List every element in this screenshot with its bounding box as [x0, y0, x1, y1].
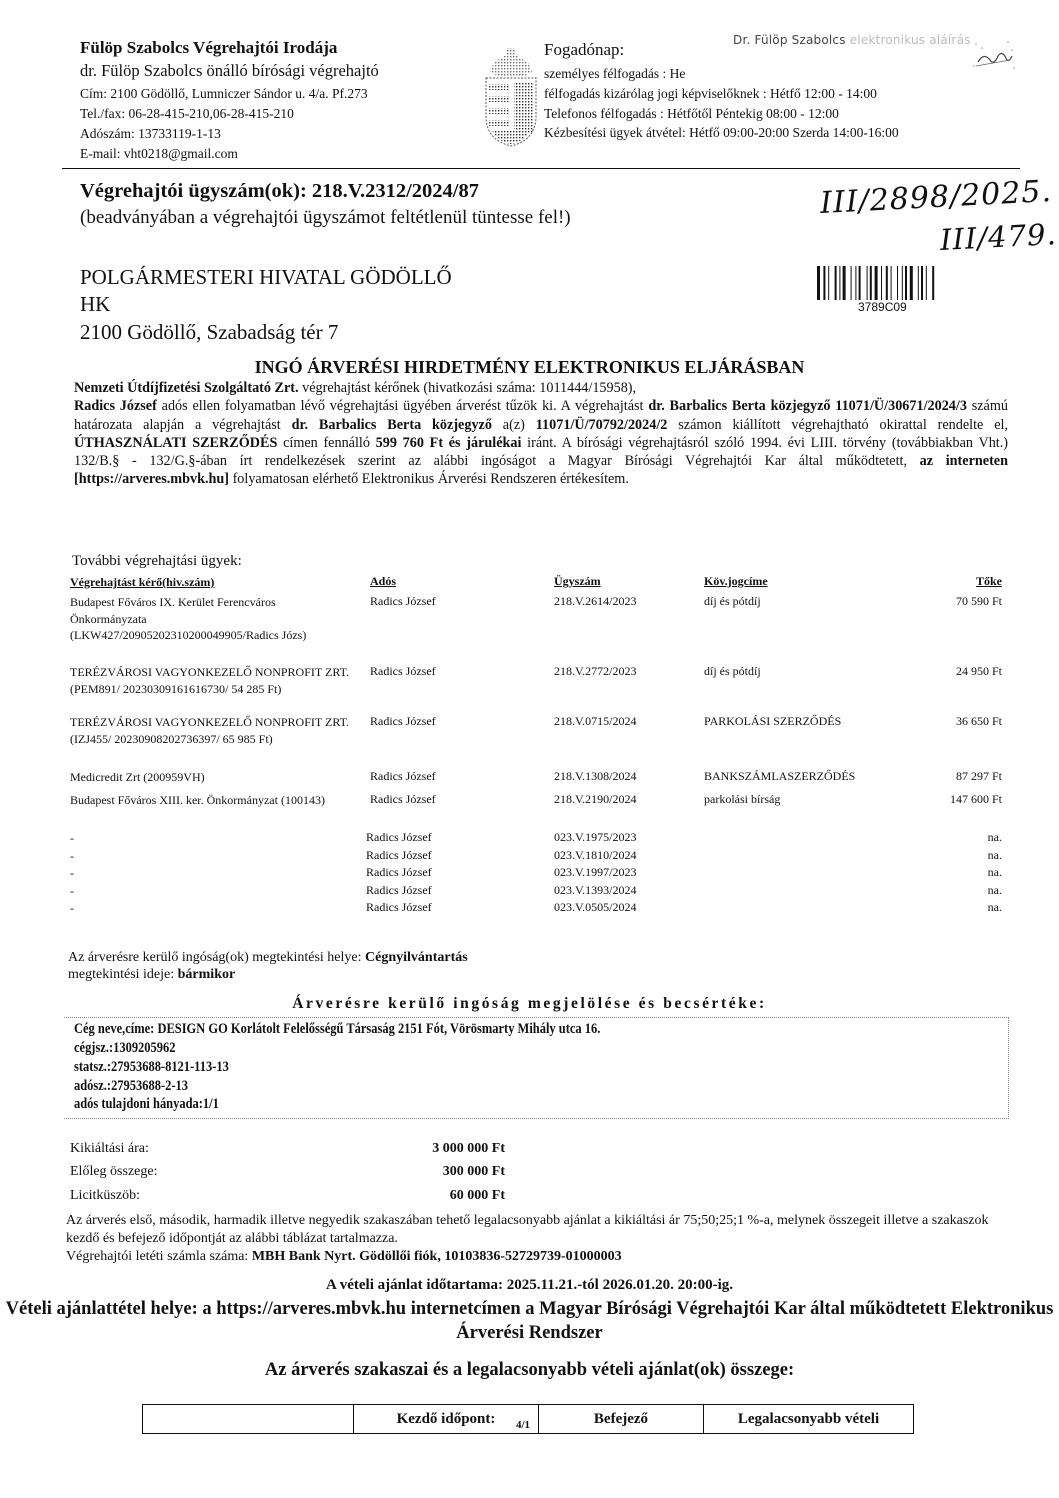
cell-case: 218.V.2772/2023 [554, 664, 636, 679]
auctioned-item-box: Cég neve,címe: DESIGN GO Korlátolt Felel… [64, 1017, 1009, 1119]
debtor-name: Radics József [74, 398, 157, 414]
item-ownership-share: adós tulajdoni hányada:1/1 [74, 1096, 219, 1113]
reception-title: Fogadónap: [544, 40, 624, 60]
header-divider [62, 168, 1020, 169]
reception-line: Kézbesítési ügyek átvétel: Hétfő 09:00-2… [544, 125, 899, 141]
cell-debtor: Radics József [370, 664, 436, 679]
inspection-time: megtekintési ideje: bármikor [68, 967, 235, 983]
cases-table-header: Végrehajtást kérő(hiv.szám)AdósÜgyszámKö… [70, 574, 1010, 594]
cell-case: 218.V.1308/2024 [554, 769, 636, 784]
bid-increment-label: Licitküszöb: [70, 1188, 140, 1204]
table-row: TERÉZVÁROSI VAGYONKEZELŐ NONPROFIT ZRT. … [70, 714, 1010, 769]
cell-case: 023.V.0505/2024 [554, 900, 636, 915]
cell-title: parkolási bírság [704, 792, 780, 807]
cell-debtor: Radics József [370, 792, 436, 807]
cell-debtor: Radics József [366, 900, 432, 915]
cell-debtor: Radics József [366, 830, 432, 845]
document-title: INGÓ ÁRVERÉSI HIRDETMÉNY ELEKTRONIKUS EL… [0, 357, 1059, 378]
asking-price-value: 3 000 000 Ft [380, 1141, 505, 1157]
stages-header-start: Kezdő időpont: [353, 1405, 538, 1433]
deposit-account: Végrehajtói letéti számla száma: MBH Ban… [66, 1249, 622, 1265]
auction-notice-body: Nemzeti Útdíjfizetési Szolgáltató Zrt. v… [74, 379, 1008, 489]
cell-debtor: Radics József [366, 848, 432, 863]
inspection-place: Az árverésre kerülő ingóság(ok) megtekin… [68, 950, 468, 966]
contract-type: ÚTHASZNÁLATI SZERZŐDÉS [74, 435, 277, 451]
deposit-account-value: MBH Bank Nyrt. Gödöllői fiók, 10103836-5… [252, 1249, 622, 1264]
cell-creditor: TERÉZVÁROSI VAGYONKEZELŐ NONPROFIT ZRT. … [70, 664, 350, 697]
case-number-note: (beadványában a végrehajtói ügyszámot fe… [80, 207, 571, 229]
cell-principal: na. [988, 865, 1002, 880]
deposit-value: 300 000 Ft [380, 1164, 505, 1180]
page-number: 4/1 [516, 1419, 530, 1431]
cell-principal: 147 600 Ft [950, 792, 1002, 807]
cell-principal: na. [988, 830, 1002, 845]
deposit-label: Előleg összege: [70, 1164, 157, 1180]
cell-case: 023.V.1810/2024 [554, 848, 636, 863]
recipient-name: POLGÁRMESTERI HIVATAL GÖDÖLLŐ [80, 265, 452, 290]
office-telfax: Tel./fax: 06-28-415-210,06-28-415-210 [80, 106, 294, 122]
coat-of-arms-icon [480, 44, 542, 148]
cell-title: díj és pótdíj [704, 664, 761, 679]
offer-period: A vételi ajánlat időtartama: 2025.11.21.… [0, 1277, 1059, 1294]
cell-creditor: - [70, 883, 350, 900]
column-header: Ügyszám [554, 574, 601, 589]
cell-debtor: Radics József [370, 714, 436, 729]
cell-creditor: - [70, 848, 350, 865]
cell-principal: 70 590 Ft [956, 594, 1002, 609]
column-header: Tőke [976, 574, 1002, 589]
item-tax-number: adósz.:27953688-2-13 [74, 1078, 188, 1095]
cell-title: BANKSZÁMLASZERZŐDÉS [704, 769, 855, 784]
enforcement-reference: 11071/Ü/70792/2024/2 [536, 417, 668, 433]
stages-title: Az árverés szakaszai és a legalacsonyabb… [0, 1360, 1059, 1381]
reception-line: Telefonos félfogadás : Hétfőtől Péntekig… [544, 106, 839, 122]
table-row: -Radics József023.V.1393/2024na. [70, 883, 1010, 901]
cell-debtor: Radics József [366, 883, 432, 898]
table-row: -Radics József023.V.1975/2023na. [70, 830, 1010, 848]
barcode-icon [817, 266, 965, 300]
item-registration-number: cégjsz.:1309205962 [74, 1040, 175, 1057]
stages-header-min-bid: Legalacsonyabb vételi [703, 1405, 913, 1433]
stages-description: Az árverés első, második, harmadik illet… [66, 1212, 1016, 1248]
reception-line: személyes félfogadás : He [544, 66, 685, 82]
items-section-title: Árverésre kerülő ingóság megjelölése és … [0, 995, 1059, 1013]
office-name: Fülöp Szabolcs Végrehajtói Irodája [80, 38, 337, 58]
further-cases-table: Végrehajtást kérő(hiv.szám)AdósÜgyszámKö… [70, 574, 1010, 918]
table-row: TERÉZVÁROSI VAGYONKEZELŐ NONPROFIT ZRT. … [70, 664, 1010, 714]
column-header: Adós [370, 574, 396, 589]
stages-header-blank [143, 1405, 353, 1433]
recipient-department: HK [80, 292, 110, 317]
recipient-address: 2100 Gödöllő, Szabadság tér 7 [80, 320, 338, 345]
cell-case: 218.V.2190/2024 [554, 792, 636, 807]
office-tax-number: Adószám: 13733119-1-13 [80, 126, 221, 142]
cell-creditor: - [70, 830, 350, 847]
signature-stamp-caption: elektronikus aláírás [850, 33, 971, 47]
cell-title: PARKOLÁSI SZERZŐDÉS [704, 714, 841, 729]
officer-name: dr. Fülöp Szabolcs önálló bírósági végre… [80, 61, 379, 81]
table-row: -Radics József023.V.1997/2023na. [70, 865, 1010, 883]
inspection-place-value: Cégnyilvántartás [365, 950, 468, 965]
table-row: Medicredit Zrt (200959VH)Radics József21… [70, 769, 1010, 792]
creditor-name: Nemzeti Útdíjfizetési Szolgáltató Zrt. [74, 380, 299, 396]
item-company-name: Cég neve,címe: DESIGN GO Korlátolt Felel… [74, 1021, 600, 1038]
cell-creditor: Budapest Főváros XIII. ker. Önkormányzat… [70, 792, 350, 809]
cell-case: 023.V.1975/2023 [554, 830, 636, 845]
offer-place: Vételi ajánlattétel helye: a https://arv… [0, 1297, 1059, 1345]
electronic-signature-stamp: Dr. Fülöp Szabolcs elektronikus aláírás [733, 33, 971, 47]
signature-icon [968, 38, 1018, 74]
handwritten-registration-number: III/2898/2025. [819, 174, 1053, 221]
cell-debtor: Radics József [370, 769, 436, 784]
barcode-text: 3789C09 [858, 300, 907, 314]
cell-debtor: Radics József [370, 594, 436, 609]
claim-amount: 599 760 Ft és járulékai [376, 435, 522, 451]
item-statistical-number: statsz.:27953688-8121-113-13 [74, 1059, 229, 1076]
cell-principal: na. [988, 848, 1002, 863]
table-row: Budapest Főváros XIII. ker. Önkormányzat… [70, 792, 1010, 830]
signature-stamp-name: Dr. Fülöp Szabolcs [733, 33, 846, 47]
table-row: -Radics József023.V.1810/2024na. [70, 848, 1010, 866]
case-number: Végrehajtói ügyszám(ok): 218.V.2312/2024… [80, 180, 479, 203]
further-cases-title: További végrehajtási ügyek: [72, 553, 242, 570]
stages-header-end: Befejező [538, 1405, 703, 1433]
cell-creditor: Medicredit Zrt (200959VH) [70, 769, 350, 786]
cell-creditor: TERÉZVÁROSI VAGYONKEZELŐ NONPROFIT ZRT. … [70, 714, 350, 747]
cell-principal: 24 950 Ft [956, 664, 1002, 679]
cell-principal: na. [988, 883, 1002, 898]
cell-debtor: Radics József [366, 865, 432, 880]
cell-case: 023.V.1393/2024 [554, 883, 636, 898]
column-header: Köv.jogcíme [704, 574, 768, 589]
table-row: -Radics József023.V.0505/2024na. [70, 900, 1010, 918]
cell-title: díj és pótdíj [704, 594, 761, 609]
cell-principal: 36 650 Ft [956, 714, 1002, 729]
asking-price-label: Kikiáltási ára: [70, 1141, 149, 1157]
table-row: Budapest Főváros IX. Kerület Ferencváros… [70, 594, 1010, 664]
cell-creditor: Budapest Főváros IX. Kerület Ferencváros… [70, 594, 350, 644]
cell-creditor: - [70, 865, 350, 882]
inspection-time-value: bármikor [178, 967, 236, 982]
handwritten-file-number: III/479. [939, 217, 1057, 257]
cell-principal: na. [988, 900, 1002, 915]
cell-case: 023.V.1997/2023 [554, 865, 636, 880]
cell-creditor: - [70, 900, 350, 917]
office-email: E-mail: vht0218@gmail.com [80, 146, 238, 162]
cell-case: 218.V.0715/2024 [554, 714, 636, 729]
reception-line: félfogadás kizárólag jogi képviselőknek … [544, 86, 877, 102]
cell-case: 218.V.2614/2023 [554, 594, 636, 609]
cell-principal: 87 297 Ft [956, 769, 1002, 784]
column-header: Végrehajtást kérő(hiv.szám) [70, 574, 350, 591]
bid-increment-value: 60 000 Ft [380, 1188, 505, 1204]
office-address: Cím: 2100 Gödöllő, Lumniczer Sándor u. 4… [80, 86, 368, 102]
